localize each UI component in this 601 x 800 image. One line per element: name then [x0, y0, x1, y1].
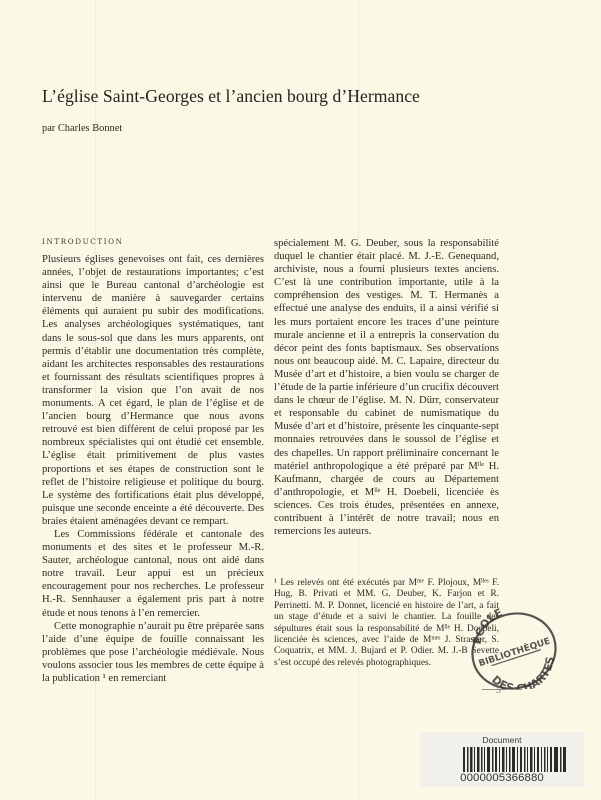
section-heading: INTRODUCTION — [42, 237, 124, 246]
left-text-column: Plusieurs églises genevoises ont fait, c… — [42, 253, 264, 685]
article-author: par Charles Bonnet — [42, 123, 122, 134]
paragraph: Les Commissions fédérale et cantonale de… — [42, 528, 264, 620]
scanned-page: L’église Saint-Georges et l’ancien bourg… — [0, 0, 601, 800]
right-text-column: spécialement M. G. Deuber, sous la respo… — [274, 237, 499, 538]
paragraph: Cette monographie n’aurait pu être prépa… — [42, 620, 264, 685]
stamp-middle-text: BIBLIOTHÈQUE — [477, 635, 552, 670]
paragraph: spécialement M. G. Deuber, sous la respo… — [274, 237, 499, 538]
library-stamp-icon: ÉCOLE BIBLIOTHÈQUE DES CHARTES — [466, 607, 562, 689]
stamp-top-text: ÉCOLE — [466, 607, 511, 649]
barcode-title: Document — [420, 735, 584, 745]
paragraph: Plusieurs églises genevoises ont fait, c… — [42, 253, 264, 528]
svg-text:ÉCOLE: ÉCOLE — [466, 607, 511, 649]
page-number: 5 — [496, 686, 501, 695]
article-title: L’église Saint-Georges et l’ancien bourg… — [42, 86, 420, 107]
barcode-number: 0000005366880 — [420, 772, 584, 784]
page-number-rule — [482, 689, 522, 690]
barcode-icon — [463, 747, 568, 772]
barcode-sticker: Document — [420, 732, 584, 787]
